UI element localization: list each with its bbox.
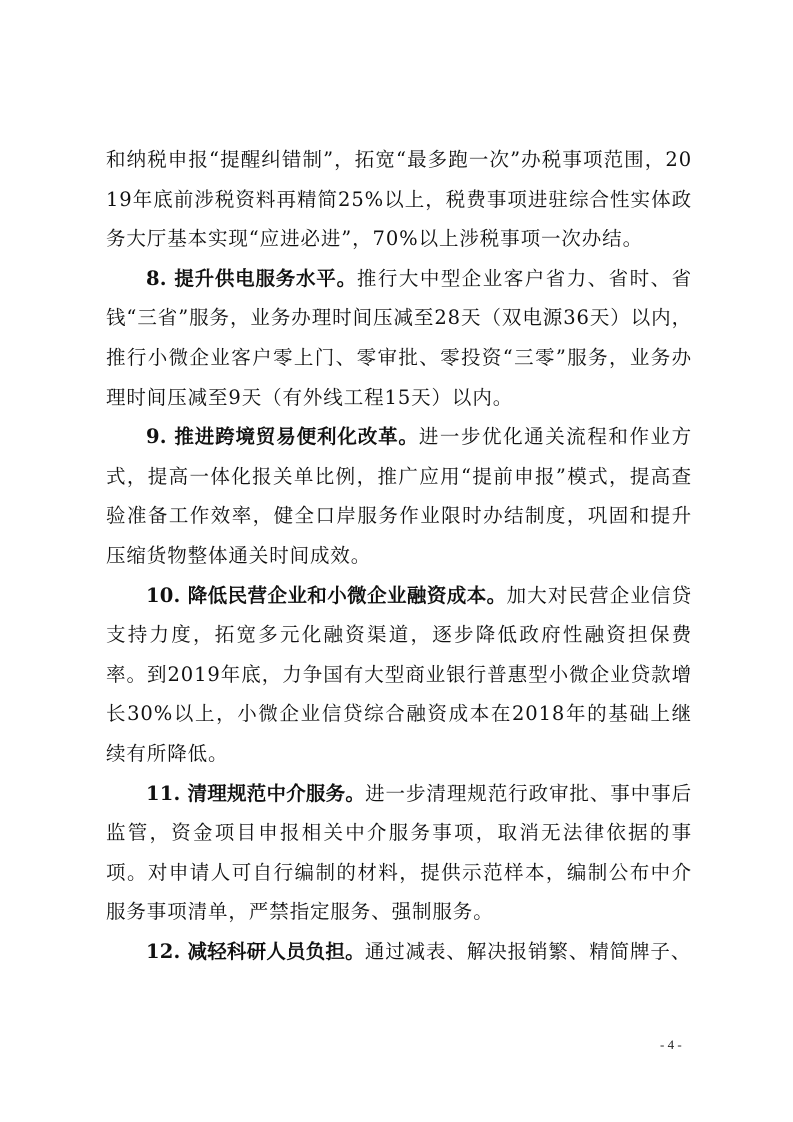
paragraph-item-11: 11. 清理规范中介服务。进一步清理规范行政审批、事中事后监管，资金项目申报相关… xyxy=(106,774,692,932)
paragraph-item-12: 12. 减轻科研人员负担。通过减表、解决报销繁、精简牌子、 xyxy=(106,932,692,972)
item-heading: 11. 清理规范中介服务。 xyxy=(146,782,365,805)
paragraph-body: 通过减表、解决报销繁、精简牌子、 xyxy=(365,940,691,963)
paragraph-item-9: 9. 推进跨境贸易便利化改革。进一步优化通关流程和作业方式，提高一体化报关单比例… xyxy=(106,417,692,575)
paragraph-body: 加大对民营企业信贷支持力度，拓宽多元化融资渠道，逐步降低政府性融资担保费率。到2… xyxy=(106,584,692,765)
page-number: - 4 - xyxy=(660,1037,682,1053)
item-heading: 12. 减轻科研人员负担。 xyxy=(146,940,365,963)
item-heading: 8. 提升供电服务水平。 xyxy=(146,267,357,290)
item-heading: 10. 降低民营企业和小微企业融资成本。 xyxy=(146,584,507,607)
item-heading: 9. 推进跨境贸易便利化改革。 xyxy=(146,425,419,448)
document-page: 和纳税申报“提醒纠错制”，拓宽“最多跑一次”办税事项范围，2019年底前涉税资料… xyxy=(106,140,692,971)
paragraph-item-8: 8. 提升供电服务水平。推行大中型企业客户省力、省时、省钱“三省”服务，业务办理… xyxy=(106,259,692,417)
paragraph-body: 和纳税申报“提醒纠错制”，拓宽“最多跑一次”办税事项范围，2019年底前涉税资料… xyxy=(106,148,692,250)
paragraph-continuation: 和纳税申报“提醒纠错制”，拓宽“最多跑一次”办税事项范围，2019年底前涉税资料… xyxy=(106,140,692,259)
paragraph-item-10: 10. 降低民营企业和小微企业融资成本。加大对民营企业信贷支持力度，拓宽多元化融… xyxy=(106,576,692,774)
